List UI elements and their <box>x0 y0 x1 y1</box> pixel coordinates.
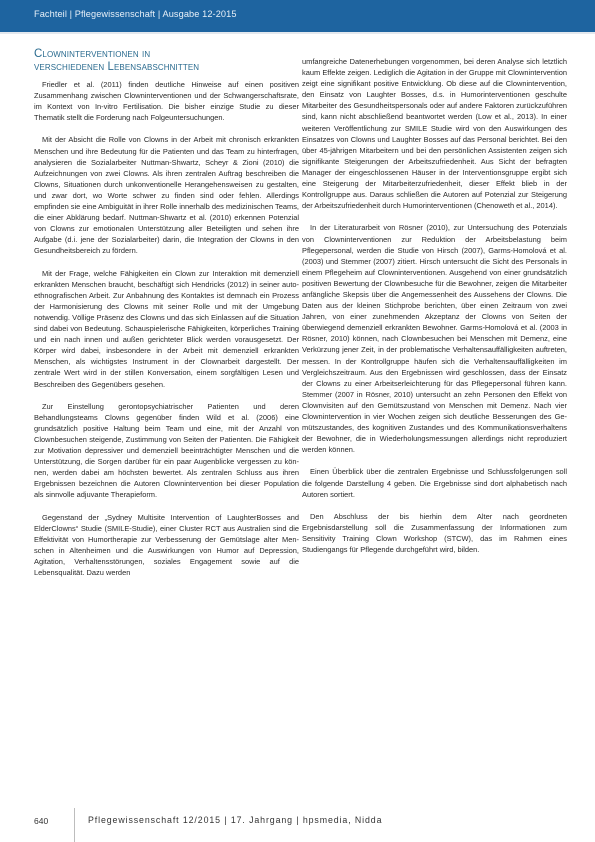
paragraph: In der Literaturarbeit von Rösner (2010)… <box>302 222 567 455</box>
running-header: Fachteil | Pflegewissenschaft | Ausgabe … <box>0 0 595 34</box>
paragraph: Friedler et al. (2011) finden deutliche … <box>34 79 299 123</box>
paragraph: Mit der Frage, welche Fähigkeiten ein Cl… <box>34 268 299 390</box>
paragraph: Mit der Absicht die Rolle von Clowns in … <box>34 134 299 256</box>
journal-citation: Pflegewissenschaft 12/2015 | 17. Jahrgan… <box>88 815 382 825</box>
section-heading-line-1: Clowninterventionen in <box>34 48 299 61</box>
page-number: 640 <box>34 816 48 826</box>
paragraph-continued: umfangreiche Datenerhebungen vorgenommen… <box>302 56 567 211</box>
paragraph: Einen Überblick über die zentralen Ergeb… <box>302 466 567 499</box>
section-heading-line-2: verschiedenen Lebensabschnitten <box>34 61 299 74</box>
footer-divider <box>74 808 75 842</box>
paragraph: Gegenstand der „Sydney Multisite Interve… <box>34 512 299 579</box>
paragraph: Den Abschluss der bis hierhin dem Alter … <box>302 511 567 555</box>
paragraph: Zur Einstellung gerontopsychiatrischer P… <box>34 401 299 501</box>
right-column: umfangreiche Datenerhebungen vorgenommen… <box>302 56 567 566</box>
left-column: Clowninterventionen in verschiedenen Leb… <box>34 48 299 589</box>
section-heading: Clowninterventionen in verschiedenen Leb… <box>34 48 299 74</box>
page-footer: 640 Pflegewissenschaft 12/2015 | 17. Jah… <box>0 808 595 842</box>
running-title: Fachteil | Pflegewissenschaft | Ausgabe … <box>34 9 237 19</box>
